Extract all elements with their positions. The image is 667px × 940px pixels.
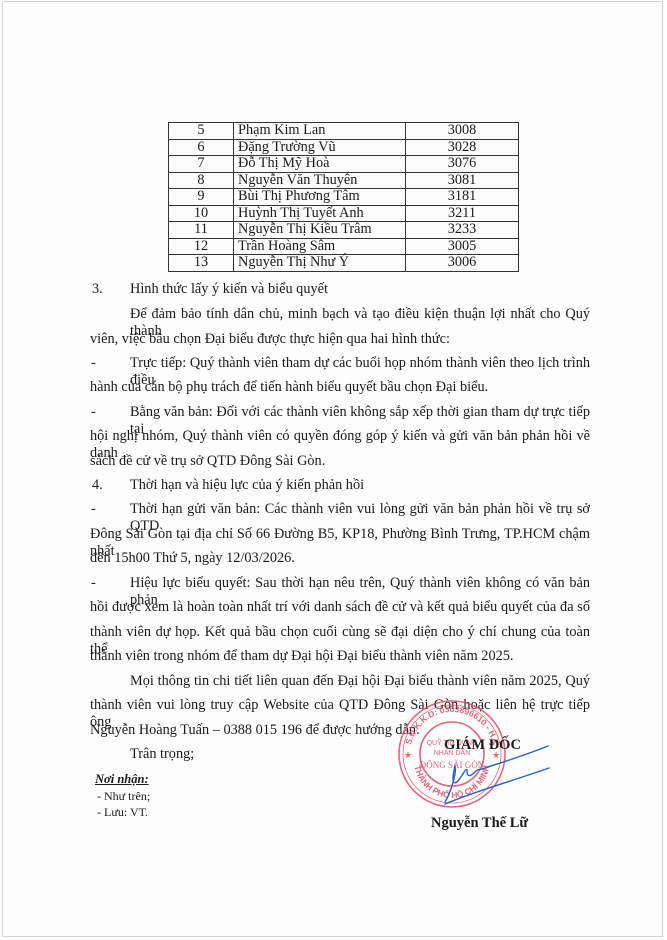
table-row: 5Phạm Kim Lan3008 xyxy=(169,123,519,140)
cell-name: Đặng Trường Vũ xyxy=(234,139,406,156)
bullet-deadline-line3: đến 15h00 Thứ 5, ngày 12/03/2026. xyxy=(90,550,295,567)
section-4-number: 4. xyxy=(92,477,103,494)
recipients-title: Nơi nhận: xyxy=(95,772,149,787)
cell-code: 3181 xyxy=(406,189,519,206)
recipient-item: - Như trên; xyxy=(97,789,150,804)
cell-number: 8 xyxy=(169,172,234,189)
cell-code: 3005 xyxy=(406,238,519,255)
cell-number: 12 xyxy=(169,238,234,255)
cell-code: 3008 xyxy=(406,123,519,140)
section-3-intro-line2: viên, việc bầu chọn Đại biểu được thực h… xyxy=(90,331,450,348)
cell-name: Nguyễn Văn Thuyên xyxy=(234,172,406,189)
table-row: 7Đỗ Thị Mỹ Hoà3076 xyxy=(169,156,519,173)
closing-line3: Nguyễn Hoàng Tuấn – 0388 015 196 để được… xyxy=(90,722,420,739)
cell-code: 3076 xyxy=(406,156,519,173)
cell-code: 3211 xyxy=(406,205,519,222)
table-row: 10Huỳnh Thị Tuyết Anh3211 xyxy=(169,205,519,222)
cell-name: Phạm Kim Lan xyxy=(234,123,406,140)
cell-number: 11 xyxy=(169,222,234,239)
table-row: 11Nguyễn Thị Kiều Trâm3233 xyxy=(169,222,519,239)
bullet-validity-line2: hồi được xem là hoàn toàn nhất trí với d… xyxy=(90,599,590,616)
bullet-dash: - xyxy=(91,575,96,592)
cell-name: Trần Hoàng Sâm xyxy=(234,238,406,255)
bullet-dash: - xyxy=(91,355,96,372)
cell-number: 13 xyxy=(169,255,234,272)
svg-text:★: ★ xyxy=(404,750,412,760)
cell-number: 10 xyxy=(169,205,234,222)
table-row: 6Đặng Trường Vũ3028 xyxy=(169,139,519,156)
document-page: 5Phạm Kim Lan30086Đặng Trường Vũ30287Đỗ … xyxy=(2,1,663,937)
cell-code: 3028 xyxy=(406,139,519,156)
table-row: 9Bùi Thị Phương Tâm3181 xyxy=(169,189,519,206)
bullet-written-line3: sách đề cử về trụ sở QTD Đông Sài Gòn. xyxy=(90,453,325,470)
cell-name: Huỳnh Thị Tuyết Anh xyxy=(234,205,406,222)
cell-number: 5 xyxy=(169,123,234,140)
delegate-table: 5Phạm Kim Lan30086Đặng Trường Vũ30287Đỗ … xyxy=(168,122,519,272)
closing-line1: Mọi thông tin chi tiết liên quan đến Đại… xyxy=(130,673,590,690)
bullet-dash: - xyxy=(91,404,96,421)
cell-code: 3081 xyxy=(406,172,519,189)
cell-name: Nguyễn Thị Như Ý xyxy=(234,255,406,272)
cell-code: 3233 xyxy=(406,222,519,239)
closing-regards: Trân trọng; xyxy=(130,746,194,763)
bullet-direct-line2: hành của cán bộ phụ trách để tiến hành b… xyxy=(90,379,488,396)
signer-name: Nguyễn Thế Lữ xyxy=(431,815,528,832)
cell-number: 6 xyxy=(169,139,234,156)
table-row: 8Nguyễn Văn Thuyên3081 xyxy=(169,172,519,189)
table-row: 12Trần Hoàng Sâm3005 xyxy=(169,238,519,255)
section-3-heading: Hình thức lấy ý kiến và biểu quyết xyxy=(130,281,328,298)
cell-code: 3006 xyxy=(406,255,519,272)
cell-number: 7 xyxy=(169,156,234,173)
cell-name: Nguyễn Thị Kiều Trâm xyxy=(234,222,406,239)
section-4-heading: Thời hạn và hiệu lực của ý kiến phản hồi xyxy=(130,477,364,494)
bullet-validity-line4: thành viên trong nhóm để tham dự Đại hội… xyxy=(90,648,513,665)
handwritten-signature xyxy=(443,742,553,812)
section-3-number: 3. xyxy=(92,281,103,298)
table-row: 13Nguyễn Thị Như Ý3006 xyxy=(169,255,519,272)
bullet-dash: - xyxy=(91,501,96,518)
cell-name: Bùi Thị Phương Tâm xyxy=(234,189,406,206)
recipient-item: - Lưu: VT. xyxy=(97,805,148,820)
cell-name: Đỗ Thị Mỹ Hoà xyxy=(234,156,406,173)
cell-number: 9 xyxy=(169,189,234,206)
